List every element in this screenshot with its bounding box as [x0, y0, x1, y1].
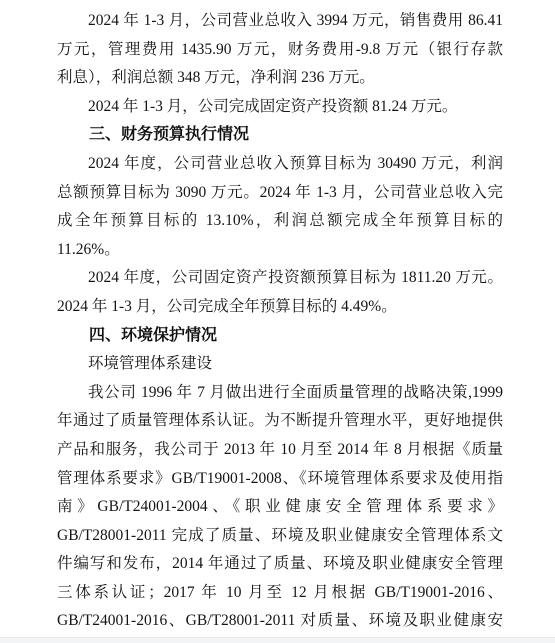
section-heading: 三、财务预算执行情况 [57, 121, 503, 150]
text-line: 产品和服务，我公司于 2013 年 10 月至 2014 年 8 月根据《质量 [57, 436, 503, 465]
text-line: 三体系认证；2017 年 10 月至 12 月根据 GB/T19001-2016… [57, 579, 503, 608]
document-body: 2024 年 1-3 月，公司营业总收入 3994 万元，销售费用 86.41万… [57, 7, 503, 636]
text-line: 2024 年 1-3 月，公司营业总收入 3994 万元，销售费用 86.41 [57, 7, 503, 36]
text-line: 2024 年度，公司固定资产投资额预算目标为 1811.20 万元。 [57, 264, 503, 293]
text-line: 总额预算目标为 3090 万元。2024 年 1-3 月，公司营业总收入完 [57, 179, 503, 208]
text-line: 南》GB/T24001-2004、《职业健康安全管理体系要求》 [57, 493, 503, 522]
text-line: 管理体系要求》GB/T19001-2008、《环境管理体系要求及使用指 [57, 465, 503, 494]
text-line: 我公司 1996 年 7 月做出进行全面质量管理的战略决策,1999 [57, 379, 503, 408]
document-page: 2024 年 1-3 月，公司营业总收入 3994 万元，销售费用 86.41万… [0, 0, 555, 643]
text-line: 利息），利润总额 348 万元，净利润 236 万元。 [57, 64, 503, 93]
text-line: 2024 年 1-3 月，公司完成全年预算目标的 4.49%。 [57, 293, 503, 322]
text-line: 万元，管理费用 1435.90 万元，财务费用-9.8 万元（银行存款 [57, 36, 503, 65]
page-bottom-strip [0, 637, 555, 643]
section-heading: 四、环境保护情况 [57, 322, 503, 351]
text-line: GB/T24001-2016、GB/T28001-2011 对质量、环境及职业健… [57, 607, 503, 636]
text-line: 成全年预算目标的 13.10%，利润总额完成全年预算目标的 [57, 207, 503, 236]
text-line: 2024 年 1-3 月，公司完成固定资产投资额 81.24 万元。 [57, 93, 503, 122]
text-line: 11.26%。 [57, 236, 503, 265]
text-line: 年通过了质量管理体系认证。为不断提升管理水平，更好地提供 [57, 407, 503, 436]
text-line: GB/T28001-2011 完成了质量、环境及职业健康安全管理体系文 [57, 522, 503, 551]
text-line: 环境管理体系建设 [57, 350, 503, 379]
text-line: 2024 年度，公司营业总收入预算目标为 30490 万元，利润 [57, 150, 503, 179]
text-line: 件编写和发布，2014 年通过了质量、环境及职业健康安全管理 [57, 550, 503, 579]
